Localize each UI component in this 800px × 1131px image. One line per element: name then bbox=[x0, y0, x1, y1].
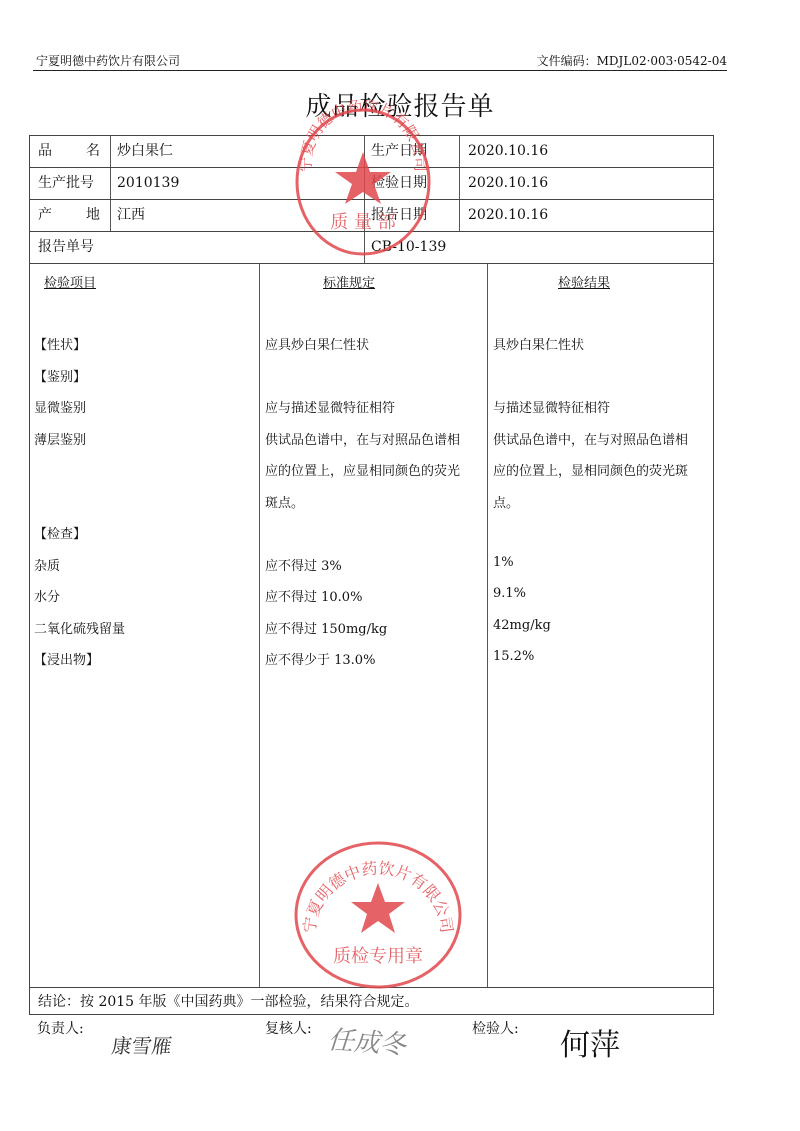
batch-label: 生产批号 bbox=[38, 168, 94, 199]
reviewer-signature: 任成冬 bbox=[327, 1019, 407, 1061]
result-line: 9.1% bbox=[493, 586, 526, 601]
standard-line: 应的位置上，应显相同颜色的荧光 bbox=[265, 460, 460, 479]
page-header: 宁夏明德中药饮片有限公司 文件编码：MDJL02·003·0542-04 bbox=[33, 52, 727, 71]
inspection-date-value: 2020.10.16 bbox=[468, 168, 548, 199]
responsible-signature: 康雪雁 bbox=[110, 1030, 174, 1059]
info-grid: 品名 炒白果仁 生产日期 2020.10.16 生产批号 2010139 检验日… bbox=[29, 135, 714, 263]
standard-line: 应不得少于 13.0% bbox=[265, 649, 375, 668]
result-line: 15.2% bbox=[493, 649, 534, 664]
result-line: 1% bbox=[493, 555, 514, 570]
label-char: 品 bbox=[38, 136, 52, 167]
label-char: 产 bbox=[38, 200, 52, 231]
inspector-signature: 何萍 bbox=[560, 1020, 620, 1064]
origin-value: 江西 bbox=[117, 200, 145, 231]
report-date-value: 2020.10.16 bbox=[468, 200, 548, 231]
company-name: 宁夏明德中药饮片有限公司 bbox=[36, 52, 180, 69]
test-item: 二氧化硫残留量 bbox=[34, 618, 125, 637]
result-line: 与描述显微特征相符 bbox=[493, 397, 610, 416]
production-date-value: 2020.10.16 bbox=[468, 136, 548, 167]
inspector-label: 检验人: bbox=[472, 1018, 519, 1038]
header-standard: 标准规定 bbox=[323, 272, 375, 291]
test-item: 【性状】 bbox=[34, 334, 86, 353]
batch-value: 2010139 bbox=[117, 168, 179, 199]
test-item: 【检查】 bbox=[34, 523, 86, 542]
standard-line: 应与描述显微特征相符 bbox=[265, 397, 395, 416]
report-no-label: 报告单号 bbox=[38, 232, 94, 263]
standard-line: 应不得过 10.0% bbox=[265, 586, 362, 605]
standard-line: 应不得过 3% bbox=[265, 555, 342, 574]
document-code: 文件编码：MDJL02·003·0542-04 bbox=[537, 52, 727, 69]
result-line: 应的位置上，显相同颜色的荧光斑 bbox=[493, 460, 688, 479]
report-title: 成品检验报告单 bbox=[0, 86, 800, 123]
inspection-date-label: 检验日期 bbox=[371, 168, 427, 199]
test-item: 薄层鉴别 bbox=[34, 429, 86, 448]
result-line: 供试品色谱中，在与对照品色谱相 bbox=[493, 429, 688, 448]
info-row-batch: 生产批号 2010139 检验日期 2020.10.16 bbox=[29, 167, 714, 199]
label-char: 地 bbox=[86, 200, 100, 231]
result-line: 42mg/kg bbox=[493, 618, 551, 633]
header-items: 检验项目 bbox=[44, 272, 96, 291]
standard-line: 供试品色谱中，在与对照品色谱相 bbox=[265, 429, 460, 448]
origin-label: 产地 bbox=[38, 200, 100, 231]
production-date-label: 生产日期 bbox=[371, 136, 427, 167]
info-row-report-no: 报告单号 CB-10-139 bbox=[29, 231, 714, 263]
result-line: 点。 bbox=[493, 492, 519, 511]
conclusion: 结论：按 2015 年版《中国药典》一部检验，结果符合规定。 bbox=[29, 987, 714, 1015]
label-char: 名 bbox=[86, 136, 100, 167]
product-name-value: 炒白果仁 bbox=[117, 136, 173, 167]
reviewer-label: 复核人: bbox=[265, 1018, 312, 1038]
test-item: 【鉴别】 bbox=[34, 366, 86, 385]
standard-line: 斑点。 bbox=[265, 492, 304, 511]
test-item: 显微鉴别 bbox=[34, 397, 86, 416]
test-item: 水分 bbox=[34, 586, 60, 605]
standard-line: 应不得过 150mg/kg bbox=[265, 618, 387, 637]
result-line: 具炒白果仁性状 bbox=[493, 334, 584, 353]
test-item: 杂质 bbox=[34, 555, 60, 574]
info-row-product: 品名 炒白果仁 生产日期 2020.10.16 bbox=[29, 135, 714, 167]
test-item: 【浸出物】 bbox=[34, 649, 99, 668]
standard-line: 应具炒白果仁性状 bbox=[265, 334, 369, 353]
header-result: 检验结果 bbox=[558, 272, 610, 291]
product-name-label: 品名 bbox=[38, 136, 100, 167]
report-date-label: 报告日期 bbox=[371, 200, 427, 231]
report-no-value: CB-10-139 bbox=[371, 232, 446, 263]
info-row-origin: 产地 江西 报告日期 2020.10.16 bbox=[29, 199, 714, 231]
responsible-label: 负责人: bbox=[37, 1018, 84, 1038]
test-table: 检验项目 标准规定 检验结果 【性状】应具炒白果仁性状具炒白果仁性状【鉴别】显微… bbox=[29, 263, 714, 988]
